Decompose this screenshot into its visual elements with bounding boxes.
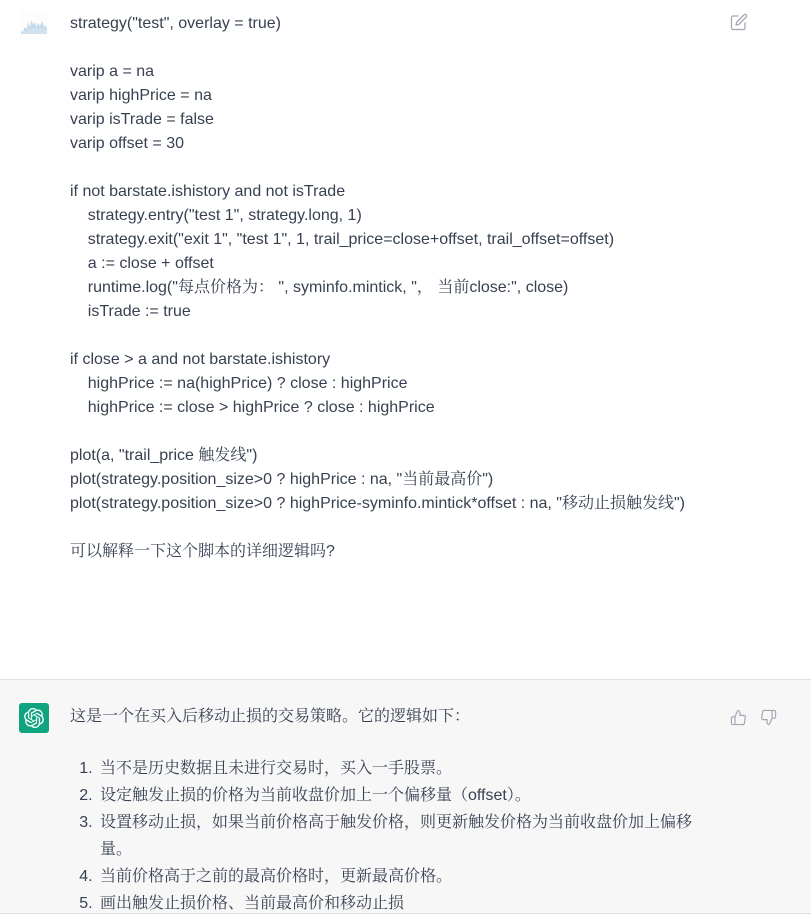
- thumbs-up-button[interactable]: [730, 709, 747, 726]
- user-message-row: strategy("test", overlay = true) varip a…: [0, 0, 811, 679]
- chat-thread: strategy("test", overlay = true) varip a…: [0, 0, 811, 921]
- user-message-text: strategy("test", overlay = true) varip a…: [70, 12, 718, 564]
- assistant-message-row: 这是一个在买入后移动止损的交易策略。它的逻辑如下： 当不是历史数据且未进行交易时…: [0, 679, 811, 914]
- edit-message-button[interactable]: [730, 13, 748, 31]
- user-message-actions: [730, 13, 748, 31]
- user-message-content: strategy("test", overlay = true) varip a…: [70, 10, 718, 564]
- thumbs-down-icon: [760, 709, 777, 726]
- user-avatar: [19, 10, 49, 40]
- thumbs-up-icon: [730, 709, 747, 726]
- list-item: 当前价格高于之前的最高价格时，更新最高价格。: [97, 863, 718, 890]
- edit-pencil-square-icon: [730, 13, 748, 31]
- list-item: 当不是历史数据且未进行交易时，买入一手股票。: [97, 755, 718, 782]
- chart-image-avatar: [19, 10, 49, 40]
- list-item: 画出触发止损价格、当前最高价和移动止损: [97, 890, 718, 917]
- thumbs-down-button[interactable]: [760, 709, 777, 726]
- assistant-message-content: 这是一个在买入后移动止损的交易策略。它的逻辑如下： 当不是历史数据且未进行交易时…: [70, 703, 718, 917]
- assistant-message-actions: [730, 709, 777, 726]
- chatgpt-logo-icon: [24, 708, 44, 728]
- assistant-avatar: [19, 703, 49, 733]
- assistant-intro-text: 这是一个在买入后移动止损的交易策略。它的逻辑如下：: [70, 703, 718, 730]
- list-item: 设定触发止损的价格为当前收盘价加上一个偏移量（offset）。: [97, 782, 718, 809]
- assistant-explanation-list: 当不是历史数据且未进行交易时，买入一手股票。 设定触发止损的价格为当前收盘价加上…: [70, 755, 718, 917]
- list-item: 设置移动止损，如果当前价格高于触发价格，则更新触发价格为当前收盘价加上偏移量。: [97, 809, 718, 863]
